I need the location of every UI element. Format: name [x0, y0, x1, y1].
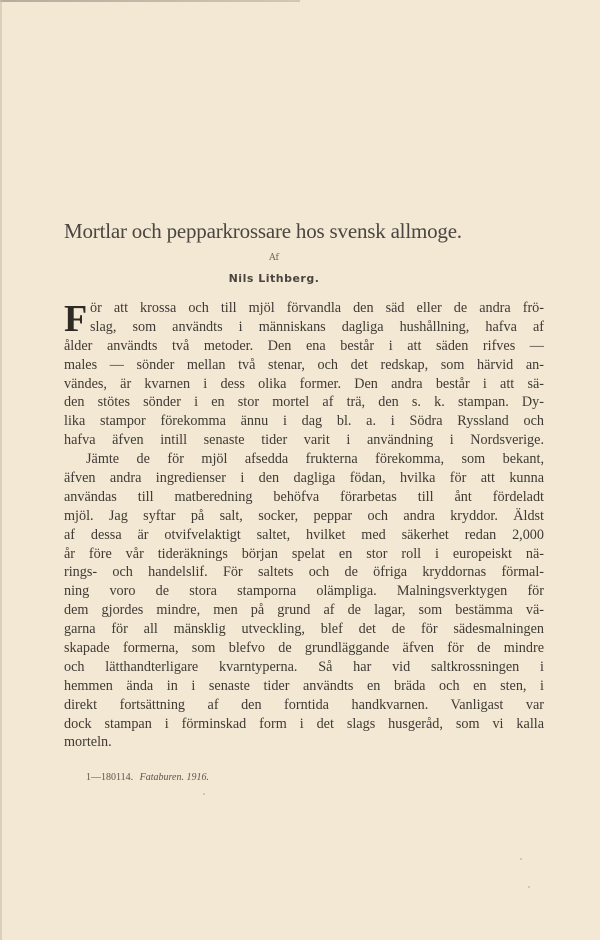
scan-left-edge: [0, 0, 2, 940]
text-line: af dessa är otvifvelaktigt saltet, hvilk…: [64, 526, 544, 545]
text-line: garna för all mänsklig utveckling, blef …: [64, 620, 544, 639]
byline-prefix: Af: [64, 253, 484, 263]
paper-speck: [520, 858, 522, 860]
text-line: ning voro de stora stamporna olämpliga. …: [64, 582, 544, 601]
scan-top-edge: [0, 0, 300, 2]
text-line: Jämte de för mjöl afsedda frukterna före…: [64, 450, 544, 469]
text-line: direkt fortsättning af den forntida hand…: [64, 696, 544, 715]
text-line: morteln.: [64, 733, 544, 752]
paper-speck: [203, 793, 205, 795]
author-name: Nils Lithberg.: [64, 272, 484, 285]
text-line: vändes, är kvarnen i dess olika former. …: [64, 375, 544, 394]
page-footer: 1—180114. Fataburen. 1916.: [86, 772, 209, 783]
text-line: slag, som användts i människans dagliga …: [64, 318, 544, 337]
text-line: den stötes sönder i en stor mortel af tr…: [64, 393, 544, 412]
text-line: males — sönder mellan två stenar, och de…: [64, 356, 544, 375]
text-line: hafva äfven intill senaste tider varit i…: [64, 431, 544, 450]
paper-speck: [528, 886, 530, 888]
text-line: dock stampan i förminskad form i det sla…: [64, 715, 544, 734]
text-line: år före vår tideräknings början spelat e…: [64, 545, 544, 564]
article-title: Mortlar och pepparkrossare hos svensk al…: [64, 219, 554, 244]
text-line: dem gjordes mindre, men på grund af de l…: [64, 601, 544, 620]
text-line: ålder användts två metoder. Den ena best…: [64, 337, 544, 356]
drop-cap: F: [64, 301, 87, 337]
journal-reference: Fataburen. 1916.: [140, 772, 209, 783]
text-line: lika stampor förekomma ännu i dag bl. a.…: [64, 412, 544, 431]
text-line: äfven andra ingredienser i den dagliga f…: [64, 469, 544, 488]
text-line: mjöl. Jag syftar på salt, socker, peppar…: [64, 507, 544, 526]
text-line: hemmen ända in i senaste tider användts …: [64, 677, 544, 696]
text-line: och lätthandterligare kvarntyperna. Så h…: [64, 658, 544, 677]
printer-signature: 1—180114.: [86, 772, 133, 783]
text-line: skapade formerna, som blefvo de grundläg…: [64, 639, 544, 658]
text-line: ör att krossa och till mjöl förvandla de…: [64, 299, 544, 318]
text-line: användas till matberedning behöfva förar…: [64, 488, 544, 507]
text-line: rings- och handelslif. För saltets och d…: [64, 563, 544, 582]
article-body: F ör att krossa och till mjöl förvandla …: [64, 299, 544, 752]
